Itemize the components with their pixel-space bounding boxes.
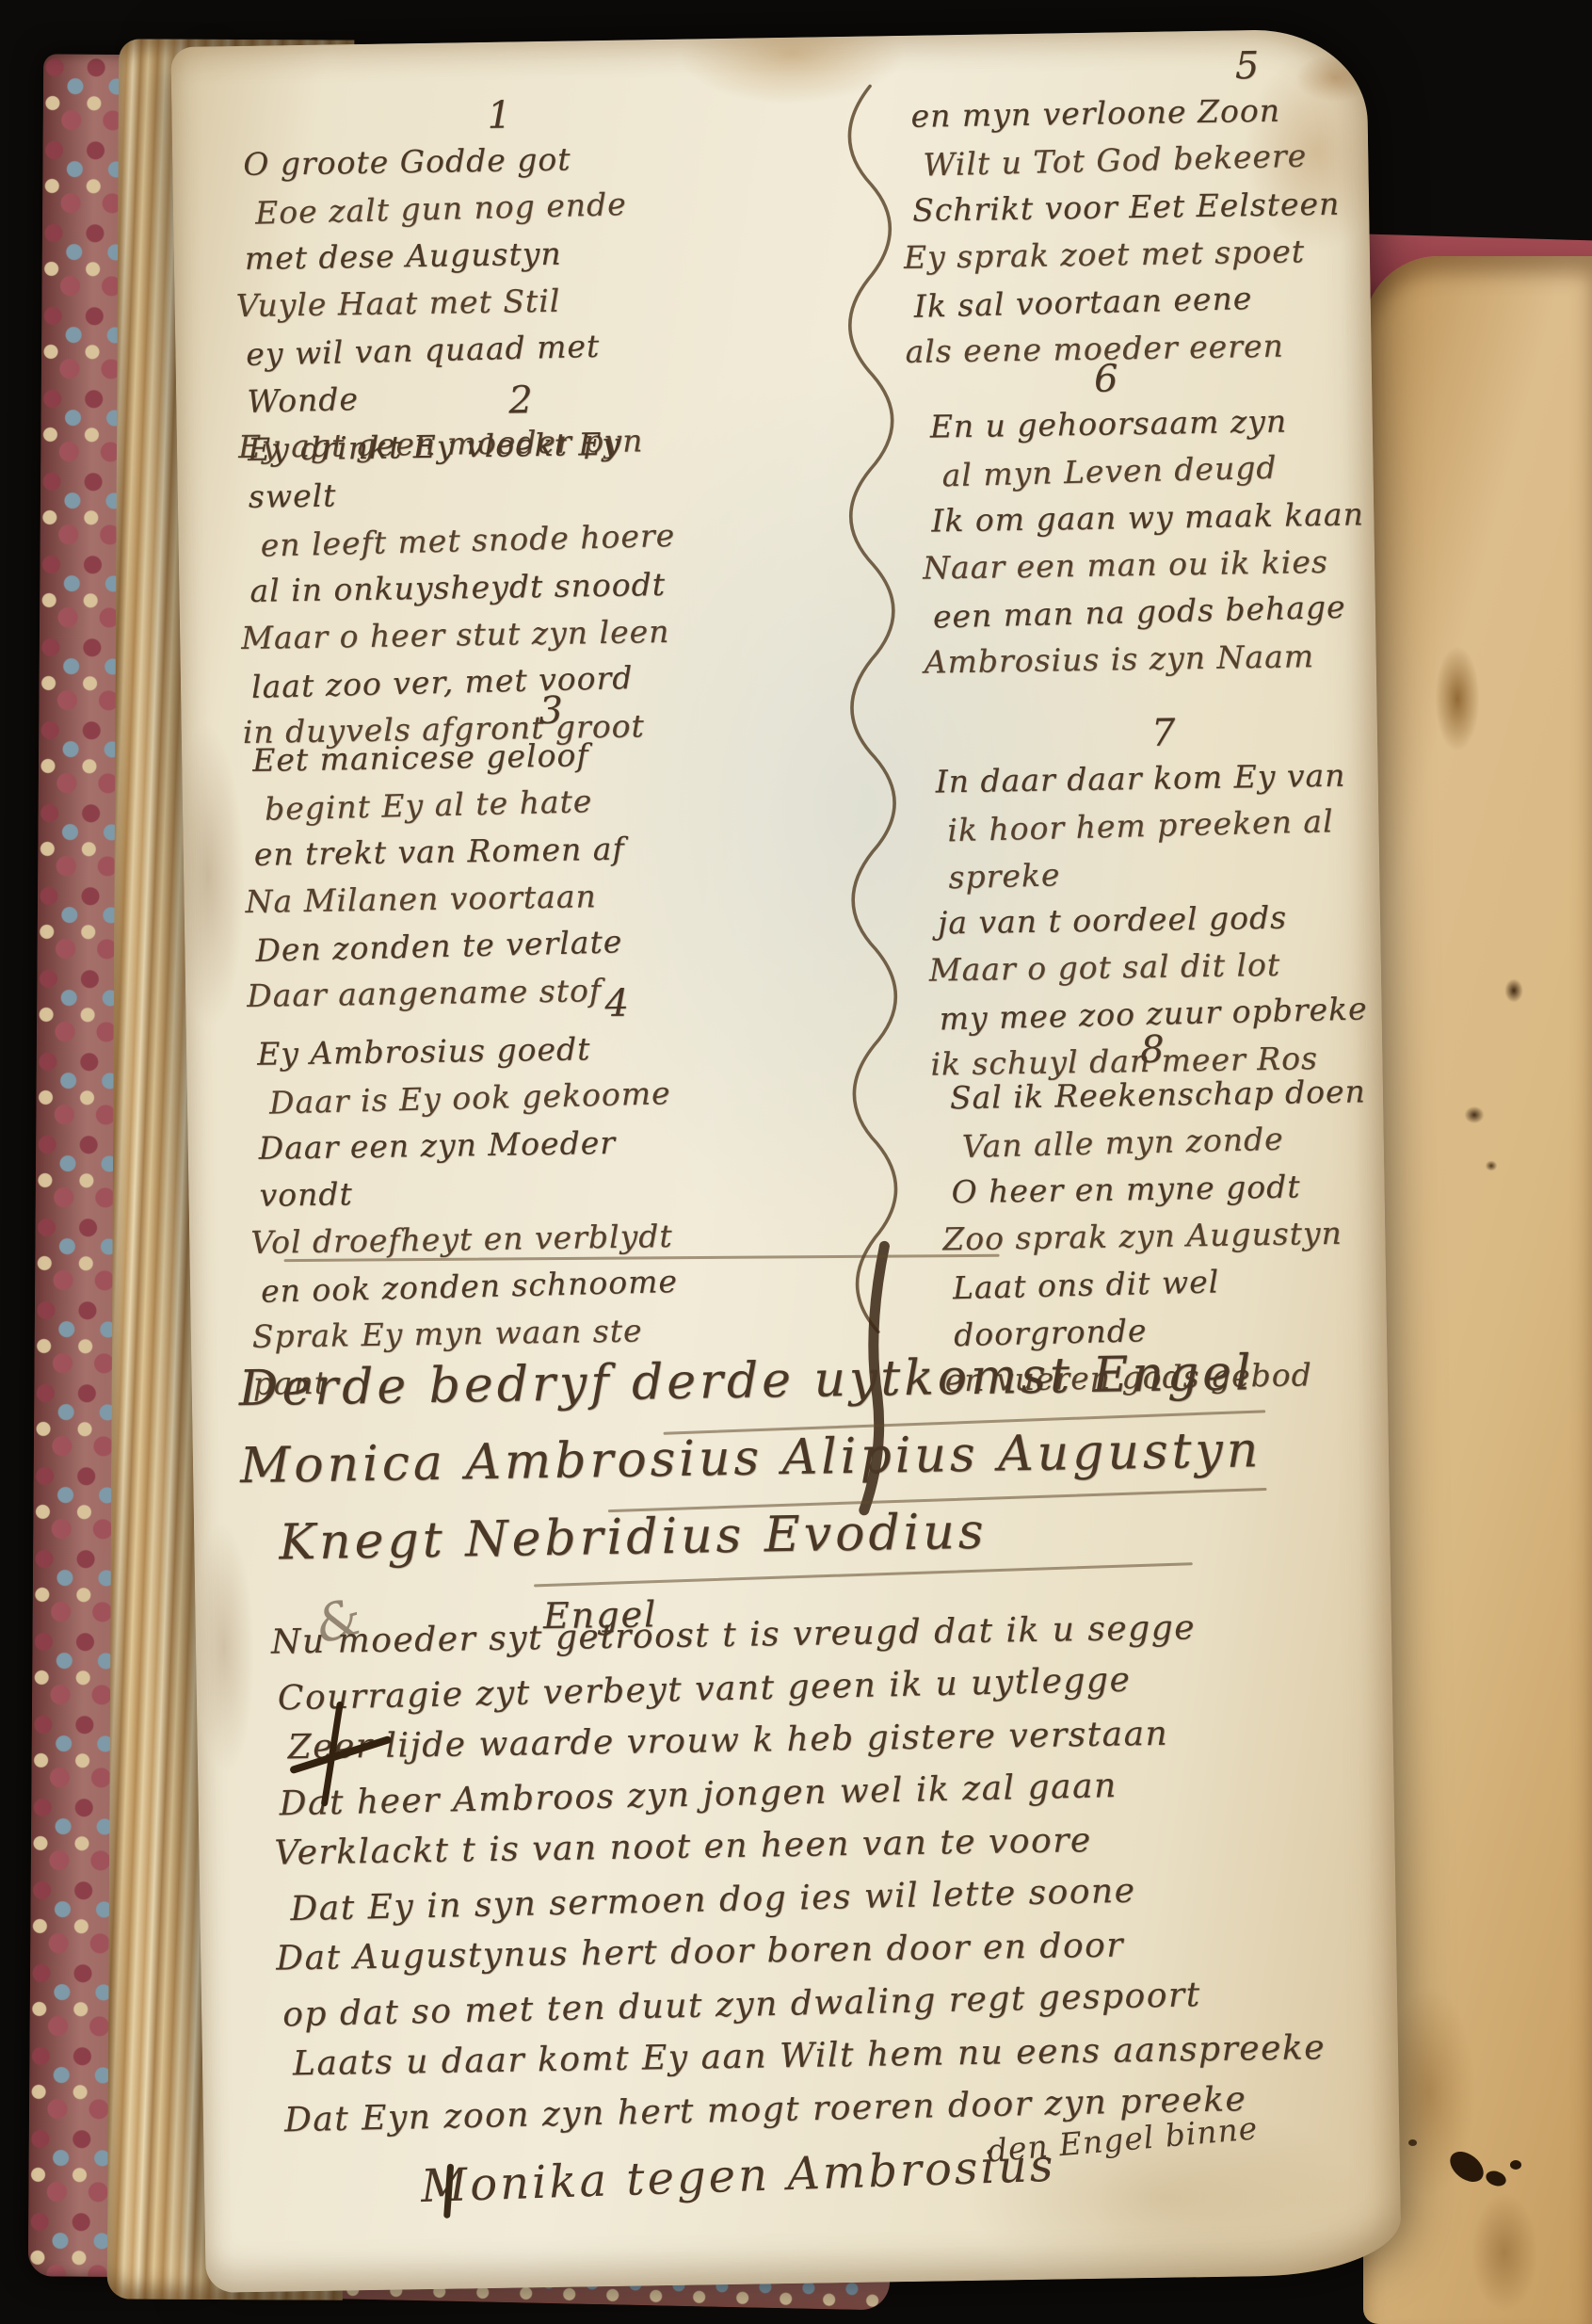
ink-blot <box>1510 2160 1521 2170</box>
heading-line: Knegt Nebridius Evodius <box>279 1487 1362 1581</box>
verse-line: Den zonden te verlate <box>255 917 689 975</box>
stanza-number: 2 <box>508 377 681 423</box>
verse-line: En u gehoorsaam zyn <box>929 396 1363 450</box>
ink-blot <box>1408 2139 1417 2146</box>
stanza-6: 6 En u gehoorsaam zyn al myn Leven deugd… <box>920 353 1367 686</box>
verse-line: en ook zonden schnoome <box>261 1258 695 1315</box>
verse-line: Sal ik Reekenschap doen <box>950 1068 1384 1122</box>
verse-line: Wilt u Tot God bekeere <box>923 132 1345 189</box>
stanza-number: 3 <box>539 687 685 733</box>
verse-line: Eoe zalt gun nog ende <box>255 180 678 237</box>
verse-line: en leeft met snode hoere <box>260 512 683 570</box>
verse-line: al in onkuysheydt snoodt <box>249 561 683 615</box>
verse-line: Daar is Ey ook gekoome <box>268 1070 691 1127</box>
stanza-number: 8 <box>1140 1025 1383 1072</box>
verse-line: In daar daar kom Ey van <box>935 751 1369 805</box>
stanza-5: 5 en myn verloone Zoon Wilt u Tot God be… <box>900 43 1347 376</box>
stanza-number: 4 <box>604 981 690 1025</box>
stanza-number: 1 <box>487 91 676 137</box>
verse-line: Daar een zyn Moeder vondt <box>258 1119 693 1219</box>
stage-direction: Monika tegen Ambrosius <box>420 2139 1056 2213</box>
verse-line: Ambrosius is zyn Naam <box>924 632 1367 686</box>
verse-line: al myn Leven deugd <box>941 442 1364 499</box>
verse-line: Ey Ambrosius goedt <box>257 1025 691 1078</box>
verse-line: Ey drinkt Ey vloekt Ey swelt <box>248 420 683 521</box>
stanza-number-page-number: 5 <box>1234 43 1343 89</box>
verse-line: Ik sal voortaan eene <box>913 273 1347 331</box>
verse-line: ja van t oordeel gods <box>938 893 1372 946</box>
margin-ink-mark <box>281 1677 406 1820</box>
stanza-3: 3 Eet manicese geloof begint Ey al te ha… <box>242 687 689 1020</box>
verse-line: Eet manicese geloof <box>252 731 686 784</box>
verse-line: Ik om gaan wy maak kaan <box>931 491 1365 544</box>
verse-line: ik hoor hem preeken al spreke <box>947 797 1371 901</box>
verse-line: O heer en myne godt <box>951 1162 1385 1216</box>
manuscript-page: 1 O groote Godde got Eoe zalt gun nog en… <box>170 28 1401 2293</box>
verse-line: Van alle myn zonde <box>961 1113 1384 1170</box>
verse-line: O groote Godde got <box>243 135 677 188</box>
verse-line: met dese Augustyn <box>244 229 678 282</box>
verse-line: en myn verloone Zoon <box>910 87 1344 140</box>
verse-line: een man na gods behage <box>932 583 1366 640</box>
verse-line: Schrikt voor Eet Eelsteen <box>912 181 1346 234</box>
stanza-number: 7 <box>1151 708 1369 755</box>
verse-line: en trekt van Romen af <box>253 825 687 879</box>
verse-line: begint Ey al te hate <box>264 776 686 833</box>
stanza-number: 6 <box>1094 353 1363 400</box>
angel-speech: Nu moeder syt getroost t is vreugd dat i… <box>271 1598 1466 2144</box>
